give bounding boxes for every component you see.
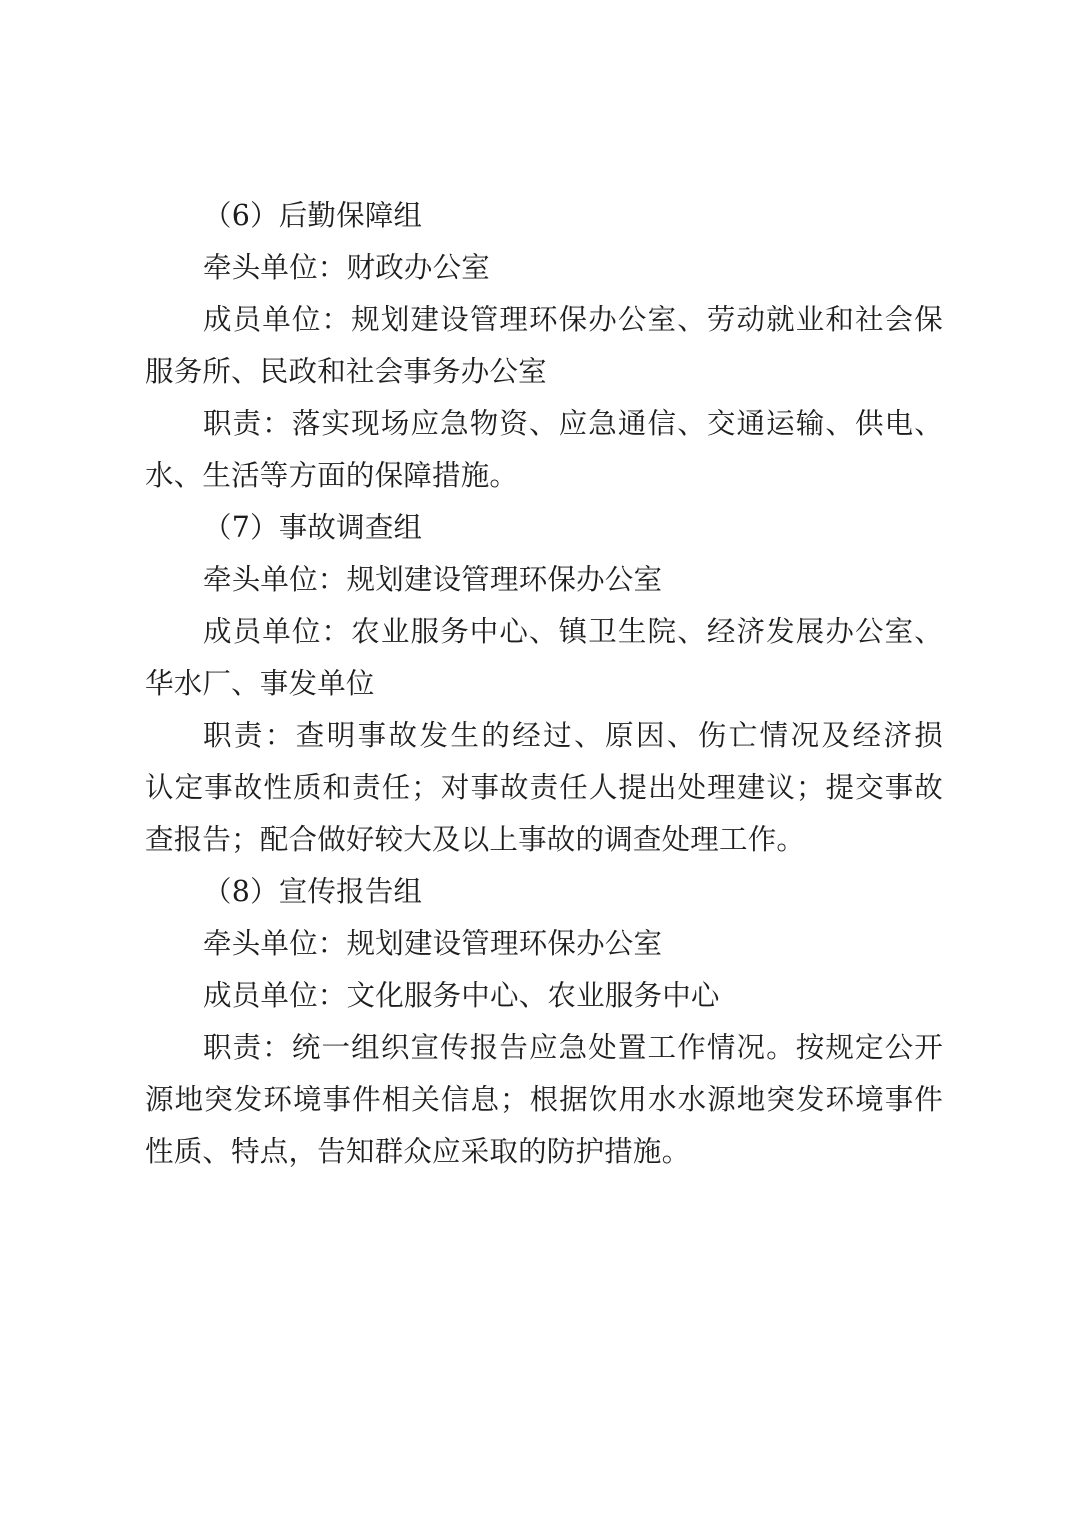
section-8-member-units: 成员单位：文化服务中心、农业服务中心	[145, 970, 943, 1022]
section-8-duties-line-2: 源地突发环境事件相关信息；根据饮用水水源地突发环境事件的	[145, 1074, 943, 1126]
section-6-heading: （6）后勤保障组	[145, 190, 943, 242]
section-7-member-units-line-1: 成员单位：农业服务中心、镇卫生院、经济发展办公室、金	[145, 606, 943, 658]
section-7-member-units-line-2: 华水厂、事发单位	[145, 658, 943, 710]
section-8-duties-line-3: 性质、特点，告知群众应采取的防护措施。	[145, 1126, 943, 1178]
document-page: （6）后勤保障组 牵头单位：财政办公室 成员单位：规划建设管理环保办公室、劳动就…	[0, 0, 1074, 1520]
section-8-lead-unit: 牵头单位：规划建设管理环保办公室	[145, 918, 943, 970]
section-6-duties-line-1: 职责：落实现场应急物资、应急通信、交通运输、供电、供	[145, 398, 943, 450]
text-block: （6）后勤保障组 牵头单位：财政办公室 成员单位：规划建设管理环保办公室、劳动就…	[145, 190, 943, 1178]
section-6-member-units-line-2: 服务所、民政和社会事务办公室	[145, 346, 943, 398]
section-6-lead-unit: 牵头单位：财政办公室	[145, 242, 943, 294]
section-7-heading: （7）事故调查组	[145, 502, 943, 554]
section-8-duties-line-1: 职责：统一组织宣传报告应急处置工作情况。按规定公开水	[145, 1022, 943, 1074]
section-7-lead-unit: 牵头单位：规划建设管理环保办公室	[145, 554, 943, 606]
section-7-duties-line-3: 查报告；配合做好较大及以上事故的调查处理工作。	[145, 814, 943, 866]
section-6-duties-line-2: 水、生活等方面的保障措施。	[145, 450, 943, 502]
section-7-duties-line-2: 认定事故性质和责任；对事故责任人提出处理建议；提交事故调	[145, 762, 943, 814]
section-6-member-units-line-1: 成员单位：规划建设管理环保办公室、劳动就业和社会保障	[145, 294, 943, 346]
section-7-duties-line-1: 职责：查明事故发生的经过、原因、伤亡情况及经济损失；	[145, 710, 943, 762]
section-8-heading: （8）宣传报告组	[145, 866, 943, 918]
